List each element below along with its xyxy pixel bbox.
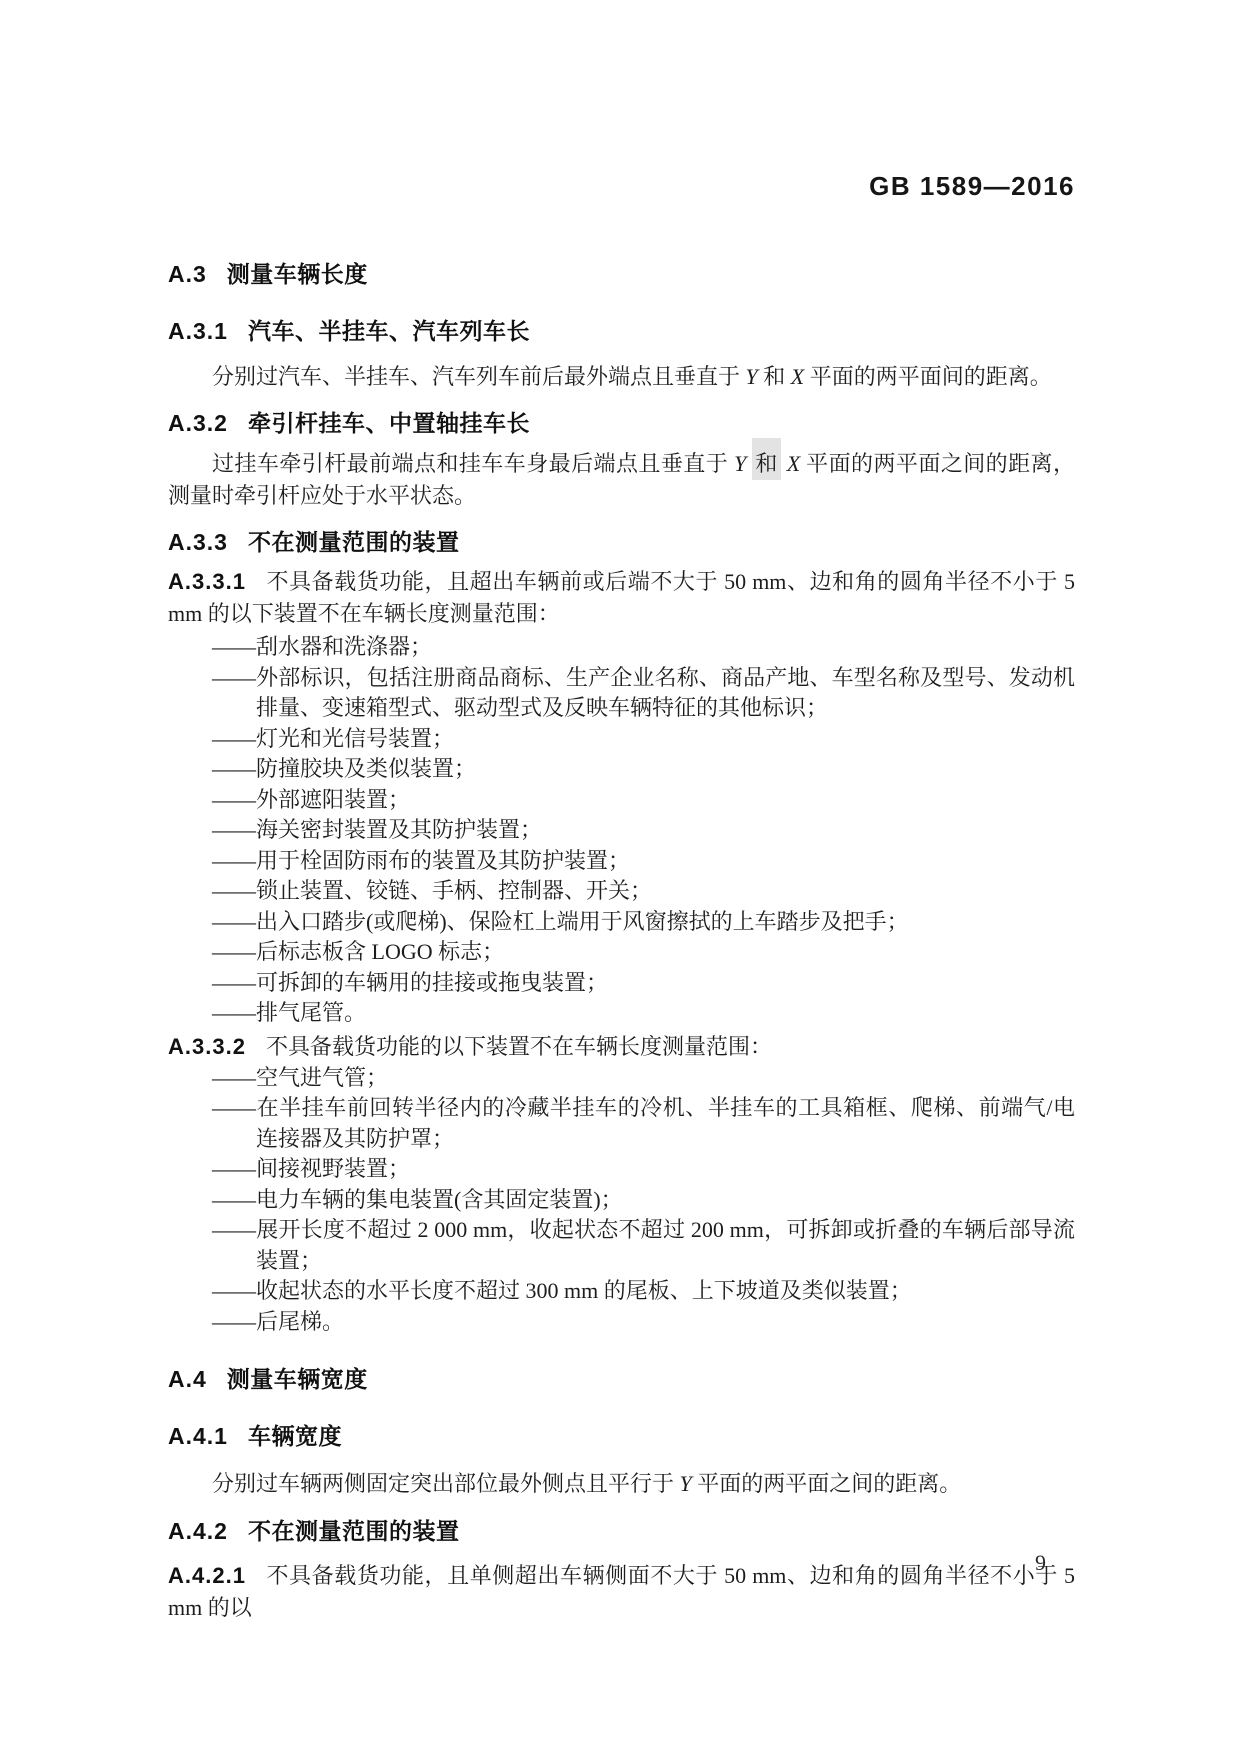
clause-number: A.3.3.1 <box>168 569 246 594</box>
section-title: 牵引杆挂车、中置轴挂车长 <box>248 410 530 436</box>
page-number: 9 <box>1035 1550 1046 1576</box>
list-item: ——海关密封装置及其防护装置； <box>168 815 1075 846</box>
text-segment: 不具备载货功能的以下装置不在车辆长度测量范围： <box>266 1034 772 1059</box>
section-number: A.4.1 <box>168 1423 228 1449</box>
list-item: ——防撞胶块及类似装置； <box>168 754 1075 785</box>
list-item: ——电力车辆的集电装置(含其固定装置)； <box>168 1185 1075 1216</box>
section-number: A.3.3 <box>168 529 228 555</box>
section-heading-a4: A.4测量车辆宽度 <box>168 1363 1075 1395</box>
list-item: ——后尾梯。 <box>168 1307 1075 1338</box>
clause-number: A.3.3.2 <box>168 1034 246 1059</box>
section-heading-a33: A.3.3不在测量范围的装置 <box>168 526 1075 558</box>
clause-number: A.4.2.1 <box>168 1563 246 1588</box>
section-title: 不在测量范围的装置 <box>248 529 460 555</box>
paragraph-a41: 分别过车辆两侧固定突出部位最外侧点且平行于 Y 平面的两平面之间的距离。 <box>168 1468 1075 1500</box>
section-number: A.4.2 <box>168 1518 228 1544</box>
list-item: ——外部遮阳装置； <box>168 785 1075 816</box>
text-segment: 分别过汽车、半挂车、汽车列车前后最外端点且垂直于 <box>212 364 746 389</box>
section-title: 汽车、半挂车、汽车列车长 <box>248 318 530 344</box>
list-item: ——锁止装置、铰链、手柄、控制器、开关； <box>168 876 1075 907</box>
list-item: ——收起状态的水平长度不超过 300 mm 的尾板、上下坡道及类似装置； <box>168 1276 1075 1307</box>
section-number: A.3.2 <box>168 410 228 436</box>
list-item: ——展开长度不超过 2 000 mm，收起状态不超过 200 mm，可拆卸或折叠… <box>168 1215 1075 1276</box>
text-segment: 平面的两平面之间的距离。 <box>692 1471 962 1496</box>
text-segment: X <box>791 364 804 389</box>
list-item: ——用于栓固防雨布的装置及其防护装置； <box>168 846 1075 877</box>
highlighted-text: 和 <box>752 438 780 480</box>
list-item: ——刮水器和洗涤器； <box>168 632 1075 663</box>
section-title: 测量车辆宽度 <box>227 1366 368 1392</box>
section-heading-a42: A.4.2不在测量范围的装置 <box>168 1515 1075 1547</box>
list-item: ——灯光和光信号装置； <box>168 724 1075 755</box>
list-item: ——在半挂车前回转半径内的冷藏半挂车的冷机、半挂车的工具箱框、爬梯、前端气/电连… <box>168 1093 1075 1154</box>
section-title: 车辆宽度 <box>248 1423 342 1449</box>
page-content: A.3测量车辆长度 A.3.1汽车、半挂车、汽车列车长 分别过汽车、半挂车、汽车… <box>168 258 1075 1624</box>
text-segment: Y <box>746 364 758 389</box>
list-item: ——外部标识，包括注册商品商标、生产企业名称、商品产地、车型名称及型号、发动机排… <box>168 663 1075 724</box>
clause-a331: A.3.3.1不具备载货功能，且超出车辆前或后端不大于 50 mm、边和角的圆角… <box>168 566 1075 630</box>
text-segment: 和 <box>758 364 791 389</box>
section-heading-a41: A.4.1车辆宽度 <box>168 1420 1075 1452</box>
exclusion-list-a331: ——刮水器和洗涤器；——外部标识，包括注册商品商标、生产企业名称、商品产地、车型… <box>168 632 1075 1029</box>
text-segment: 平面的两平面间的距离。 <box>804 364 1052 389</box>
document-page: GB 1589—2016 A.3测量车辆长度 A.3.1汽车、半挂车、汽车列车长… <box>0 0 1241 1754</box>
list-item: ——空气进气管； <box>168 1063 1075 1094</box>
clause-a332: A.3.3.2不具备载货功能的以下装置不在车辆长度测量范围： <box>168 1031 1075 1063</box>
list-item: ——后标志板含 LOGO 标志； <box>168 937 1075 968</box>
section-number: A.4 <box>168 1366 207 1392</box>
section-number: A.3 <box>168 261 207 287</box>
list-item: ——可拆卸的车辆用的挂接或拖曳装置； <box>168 968 1075 999</box>
paragraph-a32: 过挂车牵引杆最前端点和挂车车身最后端点且垂直于 Y 和 X 平面的两平面之间的距… <box>168 448 1075 512</box>
paragraph-a31: 分别过汽车、半挂车、汽车列车前后最外端点且垂直于 Y 和 X 平面的两平面间的距… <box>168 361 1075 393</box>
text-segment: 不具备载货功能，且超出车辆前或后端不大于 50 mm、边和角的圆角半径不小于 5… <box>168 569 1075 626</box>
text-segment: Y <box>734 451 746 476</box>
text-segment: Y <box>680 1471 692 1496</box>
list-item: ——出入口踏步(或爬梯)、保险杠上端用于风窗擦拭的上车踏步及把手； <box>168 907 1075 938</box>
standard-code: GB 1589—2016 <box>869 171 1075 202</box>
clause-text: 不具备载货功能，且超出车辆前或后端不大于 50 mm、边和角的圆角半径不小于 5… <box>168 569 1075 626</box>
text-segment: 不具备载货功能，且单侧超出车辆侧面不大于 50 mm、边和角的圆角半径不小于 5… <box>168 1563 1075 1620</box>
text-segment: 分别过车辆两侧固定突出部位最外侧点且平行于 <box>212 1471 680 1496</box>
clause-text: 不具备载货功能的以下装置不在车辆长度测量范围： <box>266 1034 772 1059</box>
text-segment: 过挂车牵引杆最前端点和挂车车身最后端点且垂直于 <box>212 451 734 476</box>
section-title: 不在测量范围的装置 <box>248 1518 460 1544</box>
list-item: ——排气尾管。 <box>168 998 1075 1029</box>
list-item: ——间接视野装置； <box>168 1154 1075 1185</box>
section-number: A.3.1 <box>168 318 228 344</box>
section-heading-a32: A.3.2牵引杆挂车、中置轴挂车长 <box>168 407 1075 439</box>
section-title: 测量车辆长度 <box>227 261 368 287</box>
text-segment: X <box>787 451 800 476</box>
section-heading-a3: A.3测量车辆长度 <box>168 258 1075 290</box>
exclusion-list-a332: ——空气进气管；——在半挂车前回转半径内的冷藏半挂车的冷机、半挂车的工具箱框、爬… <box>168 1063 1075 1338</box>
clause-a421: A.4.2.1不具备载货功能，且单侧超出车辆侧面不大于 50 mm、边和角的圆角… <box>168 1560 1075 1624</box>
clause-text: 不具备载货功能，且单侧超出车辆侧面不大于 50 mm、边和角的圆角半径不小于 5… <box>168 1563 1075 1620</box>
section-heading-a31: A.3.1汽车、半挂车、汽车列车长 <box>168 315 1075 347</box>
